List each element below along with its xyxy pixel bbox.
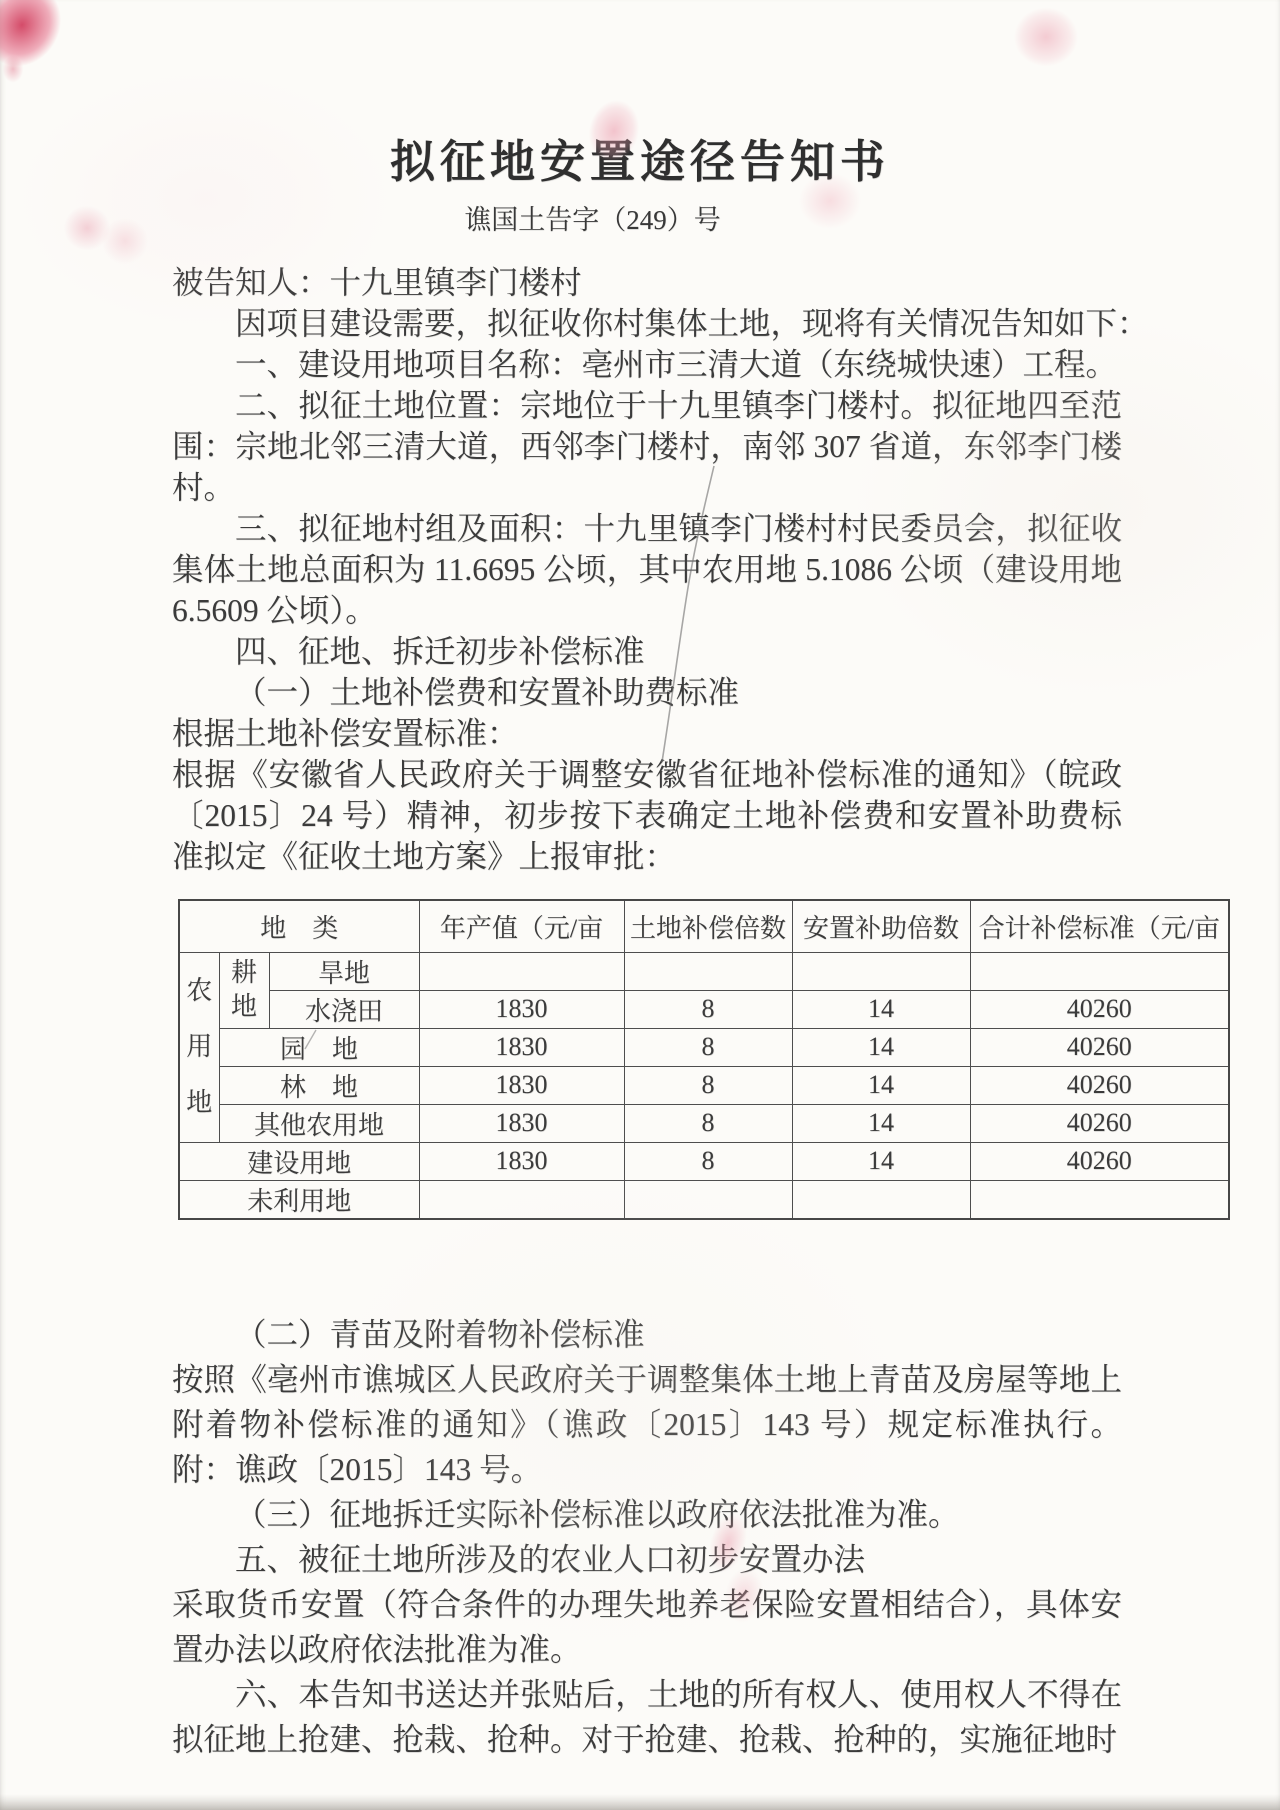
cell-value: 1830 bbox=[419, 1104, 624, 1142]
paragraph-item1: 一、建设用地项目名称：亳州市三清大道（东绕城快速）工程。 bbox=[172, 344, 1122, 385]
cell-value: 8 bbox=[624, 1104, 792, 1142]
paragraph-item3: 三、拟征地村组及面积：十九里镇李门楼村村民委员会，拟征收集体土地总面积为 11.… bbox=[172, 508, 1122, 631]
lower-section: （二）青苗及附着物补偿标准 按照《亳州市谯城区人民政府关于调整集体土地上青苗及房… bbox=[172, 1312, 1122, 1762]
cell-group-agricultural: 农用地 bbox=[179, 952, 219, 1142]
cell-value: 14 bbox=[792, 990, 970, 1028]
paragraph-basis-1: 根据土地补偿安置标准： bbox=[172, 713, 1122, 754]
cell-value: 8 bbox=[624, 1066, 792, 1104]
cell-subgroup-cultivated: 耕地 bbox=[219, 952, 269, 1028]
cell-type: 建设用地 bbox=[179, 1142, 419, 1180]
cell-value: 14 bbox=[792, 1066, 970, 1104]
cell-value: 14 bbox=[792, 1142, 970, 1180]
cell-value: 8 bbox=[624, 1142, 792, 1180]
cell-type: 园 地 bbox=[219, 1028, 419, 1066]
cell-type: 旱地 bbox=[269, 952, 419, 990]
paragraph-intro: 因项目建设需要，拟征收你村集体土地，现将有关情况告知如下： bbox=[172, 303, 1122, 344]
paragraph-item4-3: （三）征地拆迁实际补偿标准以政府依法批准为准。 bbox=[172, 1492, 1122, 1537]
cell-value bbox=[970, 952, 1229, 990]
cell-type: 水浇田 bbox=[269, 990, 419, 1028]
paragraph-basis-2: 根据《安徽省人民政府关于调整安徽省征地补偿标准的通知》（皖政〔2015〕24 号… bbox=[172, 754, 1122, 877]
paragraph-item4-2: （二）青苗及附着物补偿标准 bbox=[172, 1312, 1122, 1357]
table-header-row: 地 类 年产值（元/亩 土地补偿倍数 安置补助倍数 合计补偿标准（元/亩 bbox=[179, 900, 1229, 952]
header-annual-value: 年产值（元/亩 bbox=[419, 900, 624, 952]
cell-value: 40260 bbox=[970, 990, 1229, 1028]
compensation-standard-table: 地 类 年产值（元/亩 土地补偿倍数 安置补助倍数 合计补偿标准（元/亩 农用地… bbox=[178, 899, 1230, 1220]
cell-value: 8 bbox=[624, 1028, 792, 1066]
cell-value: 40260 bbox=[970, 1104, 1229, 1142]
cell-value: 1830 bbox=[419, 1142, 624, 1180]
paragraph-item5: 五、被征土地所涉及的农业人口初步安置办法 bbox=[172, 1537, 1122, 1582]
paragraph-item5-body: 采取货币安置（符合条件的办理失地养老保险安置相结合），具体安置办法以政府依法批准… bbox=[172, 1582, 1122, 1672]
cell-value: 1830 bbox=[419, 990, 624, 1028]
doc-number: 谯国土告字（249）号 bbox=[0, 202, 1185, 238]
cell-value bbox=[792, 1180, 970, 1219]
scanned-notice-page: 拟征地安置途径告知书 谯国土告字（249）号 被告知人：十九里镇李门楼村 因项目… bbox=[0, 0, 1280, 1810]
table-row: 水浇田 1830 8 14 40260 bbox=[179, 990, 1229, 1028]
paragraph-item4-2-body: 按照《亳州市谯城区人民政府关于调整集体土地上青苗及房屋等地上附着物补偿标准的通知… bbox=[172, 1357, 1122, 1492]
paragraph-item4-1: （一）土地补偿费和安置补助费标准 bbox=[172, 672, 1122, 713]
paragraph-item6: 六、本告知书送达并张贴后，土地的所有权人、使用权人不得在拟征地上抢建、抢栽、抢种… bbox=[172, 1672, 1122, 1762]
cell-type: 林 地 bbox=[219, 1066, 419, 1104]
cell-value bbox=[419, 952, 624, 990]
doc-body: 被告知人：十九里镇李门楼村 因项目建设需要，拟征收你村集体土地，现将有关情况告知… bbox=[172, 262, 1122, 1762]
cell-value: 40260 bbox=[970, 1028, 1229, 1066]
cell-type: 其他农用地 bbox=[219, 1104, 419, 1142]
table-row: 园 地 1830 8 14 40260 bbox=[179, 1028, 1229, 1066]
table-row: 其他农用地 1830 8 14 40260 bbox=[179, 1104, 1229, 1142]
page-title: 拟征地安置途径告知书 bbox=[0, 0, 1280, 188]
cell-value: 1830 bbox=[419, 1066, 624, 1104]
cell-value bbox=[624, 952, 792, 990]
header-resettle-multiple: 安置补助倍数 bbox=[792, 900, 970, 952]
table-row: 农用地 耕地 旱地 bbox=[179, 952, 1229, 990]
cell-value: 8 bbox=[624, 990, 792, 1028]
cell-value: 14 bbox=[792, 1028, 970, 1066]
table-row: 建设用地 1830 8 14 40260 bbox=[179, 1142, 1229, 1180]
paragraph-item4: 四、征地、拆迁初步补偿标准 bbox=[172, 631, 1122, 672]
cell-value: 40260 bbox=[970, 1142, 1229, 1180]
cell-value: 1830 bbox=[419, 1028, 624, 1066]
cell-value: 40260 bbox=[970, 1066, 1229, 1104]
cell-value bbox=[624, 1180, 792, 1219]
paragraph-recipient: 被告知人：十九里镇李门楼村 bbox=[172, 262, 1122, 303]
header-total-standard: 合计补偿标准（元/亩 bbox=[970, 900, 1229, 952]
table-row: 林 地 1830 8 14 40260 bbox=[179, 1066, 1229, 1104]
cell-value bbox=[970, 1180, 1229, 1219]
table-row: 未利用地 bbox=[179, 1180, 1229, 1219]
cell-value: 14 bbox=[792, 1104, 970, 1142]
header-land-comp-multiple: 土地补偿倍数 bbox=[624, 900, 792, 952]
scan-bottom-edge bbox=[0, 1794, 1280, 1810]
paragraph-item2: 二、拟征土地位置：宗地位于十九里镇李门楼村。拟征地四至范围：宗地北邻三清大道，西… bbox=[172, 385, 1122, 508]
cell-value bbox=[419, 1180, 624, 1219]
header-land-class: 地 类 bbox=[179, 900, 419, 952]
cell-type: 未利用地 bbox=[179, 1180, 419, 1219]
cell-value bbox=[792, 952, 970, 990]
